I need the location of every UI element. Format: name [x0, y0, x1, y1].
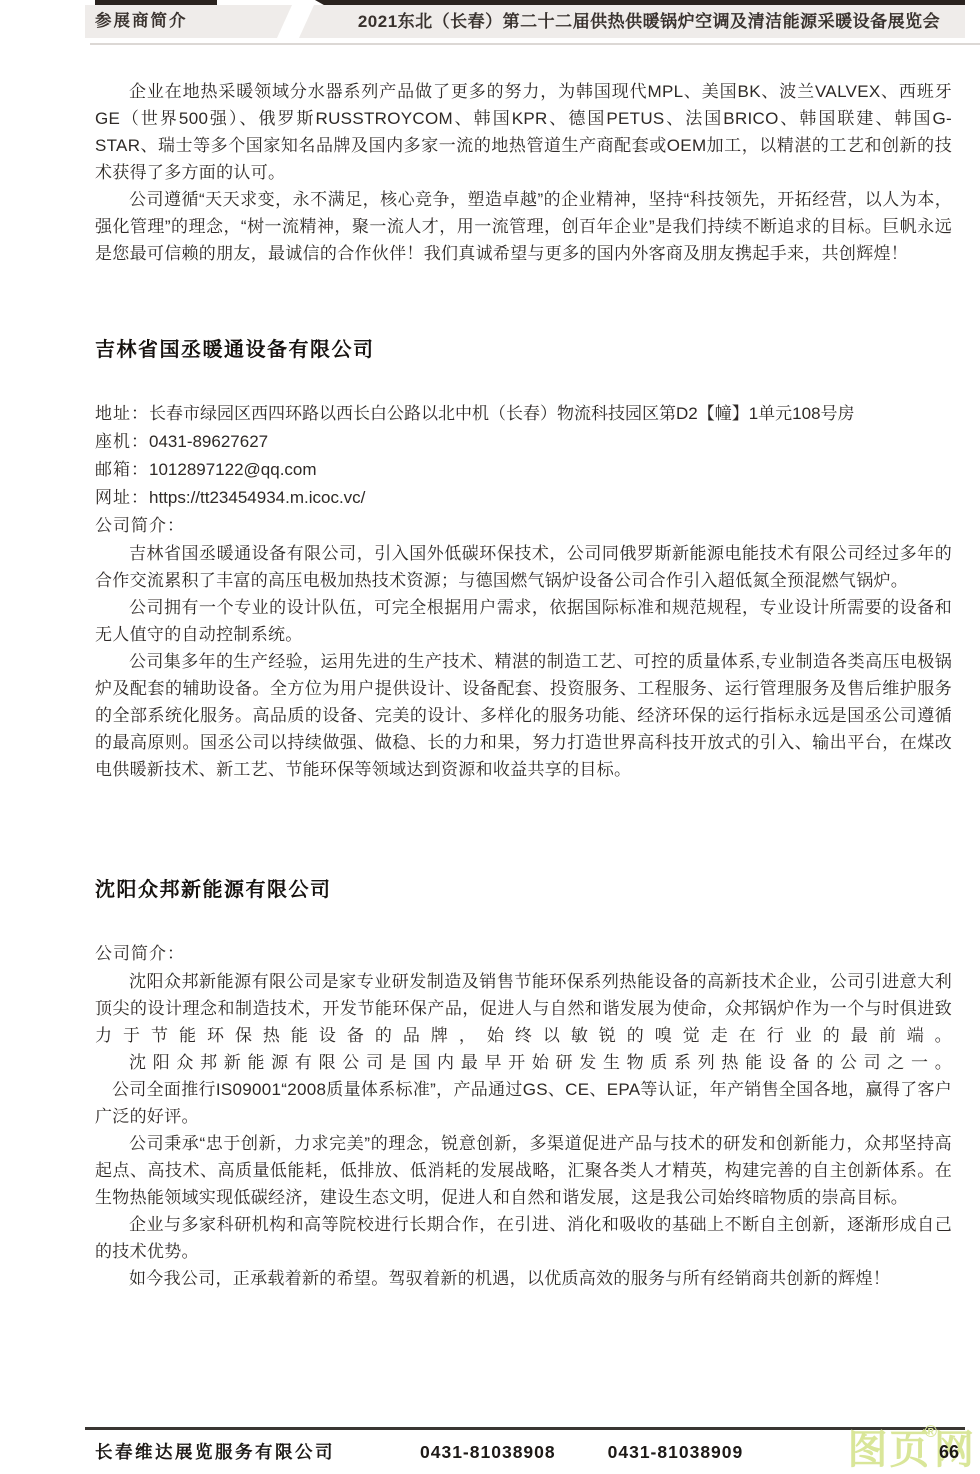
detail-value: 1012897122@qq.com [149, 460, 317, 479]
detail-label: 地址： [95, 404, 149, 423]
contact-detail-row: 座机：0431-89627627 [95, 428, 952, 456]
phone-number-2: 0431-81038909 [608, 1442, 744, 1463]
organizer-phones: 0431-81038908 0431-81038909 [420, 1442, 743, 1463]
page-body: 企业在地热采暖领域分水器系列产品做了更多的努力，为韩国现代MPL、美国BK、波兰… [95, 78, 952, 1292]
company-1-section: 吉林省国丞暖通设备有限公司 地址：长春市绿园区西四环路以西长白公路以北中机（长春… [95, 333, 952, 783]
company-2-section: 沈阳众邦新能源有限公司 公司简介： 沈阳众邦新能源有限公司是家专业研发制造及销售… [95, 873, 952, 1292]
paragraph: 吉林省国丞暖通设备有限公司，引入国外低碳环保技术，公司同俄罗斯新能源电能技术有限… [95, 540, 952, 594]
header-left-segment: 参展商简介 [85, 5, 292, 38]
paragraph: 公司遵循“天天求变，永不满足，核心竞争，塑造卓越”的企业精神，坚持“科技领先，开… [95, 186, 952, 267]
detail-label: 座机： [95, 432, 149, 451]
paragraph: 企业与多家科研机构和高等院校进行长期合作，在引进、消化和吸收的基础上不断自主创新… [95, 1211, 952, 1265]
paragraph: 沈阳众邦新能源有限公司是国内最早开始研发生物质系列热能设备的公司之一。 [95, 1049, 952, 1076]
contact-detail-row: 邮箱：1012897122@qq.com [95, 456, 952, 484]
exhibitor-intro-label: 参展商简介 [85, 5, 292, 38]
company-2-name: 沈阳众邦新能源有限公司 [95, 873, 952, 902]
catalog-page: 参展商简介 2021东北（长春）第二十二届供热供暖锅炉空调及清洁能源采暖设备展览… [0, 0, 980, 1474]
contact-detail-row: 网址：https://tt23454934.m.icoc.vc/ [95, 484, 952, 512]
company-1-name: 吉林省国丞暖通设备有限公司 [95, 333, 952, 362]
detail-value: 0431-89627627 [149, 432, 268, 451]
page-number: 66 [939, 1442, 965, 1463]
expo-title: 2021东北（长春）第二十二届供热供暖锅炉空调及清洁能源采暖设备展览会 [299, 5, 965, 38]
paragraph: 沈阳众邦新能源有限公司是家专业研发制造及销售节能环保系列热能设备的高新技术企业，… [95, 968, 952, 1049]
detail-value: https://tt23454934.m.icoc.vc/ [149, 488, 365, 507]
paragraph: 企业在地热采暖领域分水器系列产品做了更多的努力，为韩国现代MPL、美国BK、波兰… [95, 78, 952, 186]
footer-row: 长春维达展览服务有限公司 0431-81038908 0431-81038909… [85, 1430, 965, 1464]
header-right-segment: 2021东北（长春）第二十二届供热供暖锅炉空调及清洁能源采暖设备展览会 [299, 5, 965, 38]
intro-section: 企业在地热采暖领域分水器系列产品做了更多的努力，为韩国现代MPL、美国BK、波兰… [95, 78, 952, 267]
detail-label: 邮箱： [95, 460, 149, 479]
company-1-paragraphs: 吉林省国丞暖通设备有限公司，引入国外低碳环保技术，公司同俄罗斯新能源电能技术有限… [95, 540, 952, 783]
company-2-paragraphs: 沈阳众邦新能源有限公司是家专业研发制造及销售节能环保系列热能设备的高新技术企业，… [95, 968, 952, 1292]
organizer-name: 长春维达展览服务有限公司 [95, 1439, 335, 1464]
detail-label: 网址： [95, 488, 149, 507]
paragraph: 公司拥有一个专业的设计队伍，可完全根据用户需求，依据国际标准和规范规程，专业设计… [95, 594, 952, 648]
paragraph: 公司秉承“忠于创新，力求完美”的理念，锐意创新，多渠道促进产品与技术的研发和创新… [95, 1130, 952, 1211]
company-2-profile-label: 公司简介： [95, 940, 952, 968]
header-underline [90, 43, 980, 45]
detail-value: 长春市绿园区西四环路以西长白公路以北中机（长春）物流科技园区第D2【幢】1单元1… [149, 404, 855, 423]
header-band: 参展商简介 2021东北（长春）第二十二届供热供暖锅炉空调及清洁能源采暖设备展览… [85, 5, 965, 38]
phone-number-1: 0431-81038908 [420, 1442, 556, 1463]
contact-detail-row: 地址：长春市绿园区西四环路以西长白公路以北中机（长春）物流科技园区第D2【幢】1… [95, 400, 952, 428]
paragraph: 如今我公司，正承载着新的希望。驾驭着新的机遇，以优质高效的服务与所有经销商共创新… [95, 1265, 952, 1292]
contact-details: 地址：长春市绿园区西四环路以西长白公路以北中机（长春）物流科技园区第D2【幢】1… [95, 400, 952, 512]
paragraph: 公司集多年的生产经验，运用先进的生产技术、精湛的制造工艺、可控的质量体系,专业制… [95, 648, 952, 783]
paragraph: 公司全面推行IS09001“2008质量体系标准”，产品通过GS、CE、EPA等… [95, 1076, 952, 1130]
page-footer: 长春维达展览服务有限公司 0431-81038908 0431-81038909… [85, 1427, 965, 1464]
company-1-profile-label: 公司简介： [95, 512, 952, 540]
